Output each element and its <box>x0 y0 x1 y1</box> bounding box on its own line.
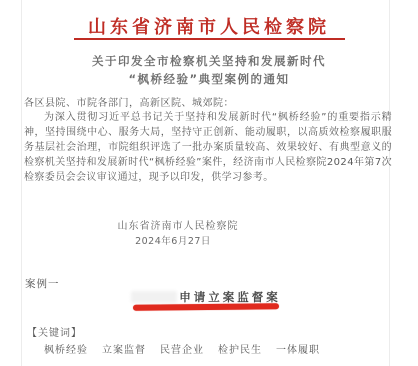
keywords-list: 枫桥经验 立案监督 民营企业 检护民生 一体履职 <box>44 341 320 356</box>
keyword-item: 民营企业 <box>160 341 204 356</box>
case-title-row: 申请立案监督案 <box>0 289 412 305</box>
document-title: 关于印发全市检察机关坚持和发展新时代 “枫桥经验”典型案例的通知 <box>0 52 418 88</box>
salutation-line: 各区县院、市院各部门，高新区院、城郊院： <box>24 94 394 109</box>
header-red-underline <box>74 38 345 40</box>
signature-organization: 山东省济南市人民检察院 <box>0 217 356 232</box>
procuratorate-header-title: 山东省济南市人民检察院 <box>0 13 418 39</box>
keyword-item: 一体履职 <box>276 341 320 356</box>
document-title-line1: 关于印发全市检察机关坚持和发展新时代 <box>0 52 418 70</box>
red-marker-underline-annotation <box>133 303 279 311</box>
keyword-item: 立案监督 <box>102 341 146 356</box>
keywords-heading: 【关键词】 <box>27 324 82 339</box>
redacted-name-blur <box>131 291 177 303</box>
keyword-item: 检护民生 <box>218 341 262 356</box>
keyword-item: 枫桥经验 <box>44 341 88 356</box>
document-title-line2: “枫桥经验”典型案例的通知 <box>0 70 418 88</box>
signature-date: 2024年6月27日 <box>0 233 346 247</box>
notice-body-paragraph: 为深入贯彻习近平总书记关于坚持和发展新时代“枫桥经验”的重要指示精神，坚持围绕中… <box>24 110 392 185</box>
